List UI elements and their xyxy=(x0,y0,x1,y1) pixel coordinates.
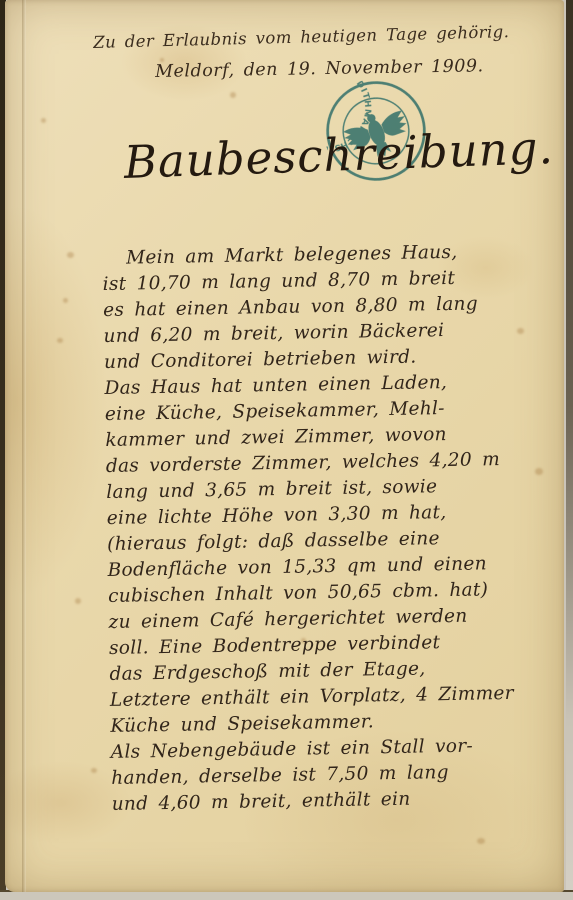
stain-spot xyxy=(67,252,74,258)
document-title: Baubeschreibung. xyxy=(123,121,545,189)
scan-edge-right xyxy=(566,0,573,900)
document-scan: Zu der Erlaubnis vom heutigen Tage gehör… xyxy=(0,0,573,900)
body-text: Mein am Markt belegenes Haus, ist 10,70 … xyxy=(102,238,564,818)
stain-spot xyxy=(63,298,68,303)
stain-spot xyxy=(57,338,63,343)
stain-spot xyxy=(75,598,81,604)
fold-crease xyxy=(22,0,26,892)
annotation-line-1: Zu der Erlaubnis vom heutigen Tage gehör… xyxy=(93,21,553,52)
stain-spot xyxy=(230,92,236,98)
stain-spot xyxy=(91,768,97,773)
paper-page: Zu der Erlaubnis vom heutigen Tage gehör… xyxy=(5,0,564,892)
stain-spot xyxy=(477,838,485,844)
stain-spot xyxy=(41,118,46,123)
annotation-line-2: Meldorf, den 19. November 1909. xyxy=(155,55,573,82)
